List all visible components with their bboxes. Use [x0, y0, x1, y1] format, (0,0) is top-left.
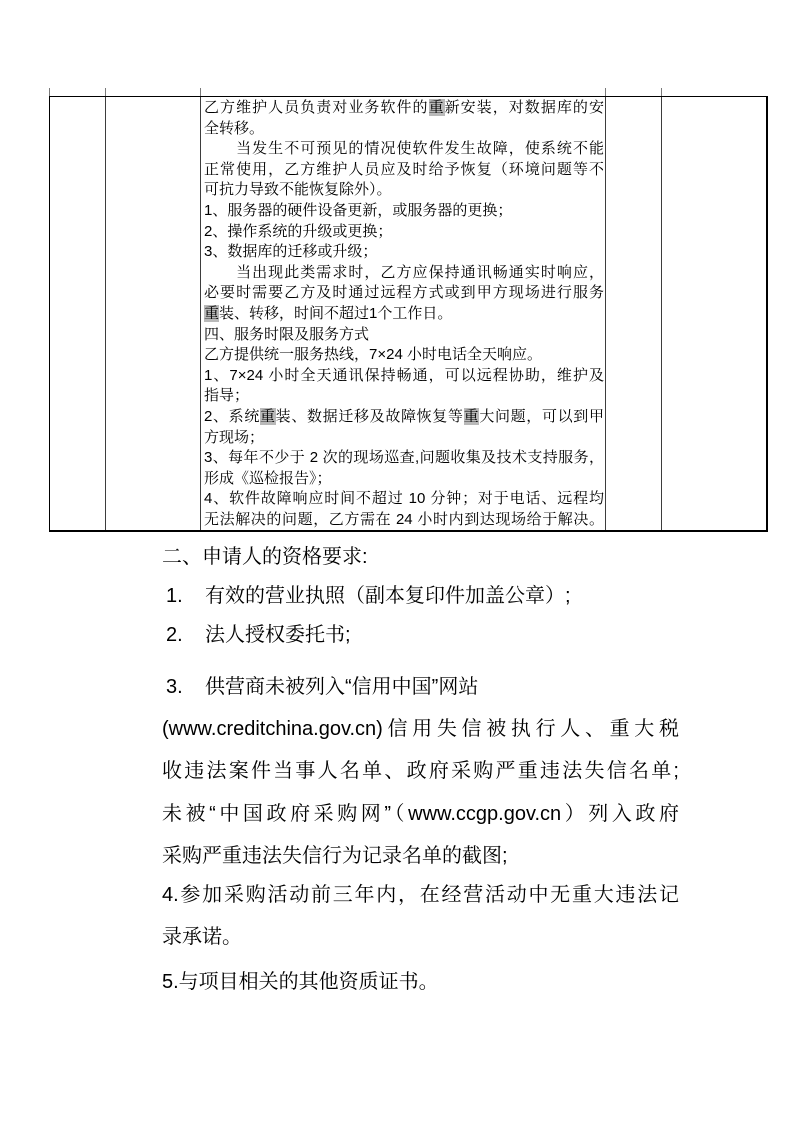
item-number: 2.: [162, 614, 205, 656]
table-text-line: 2、系统重装、数据迁移及故障恢复等重大问题，可以到甲: [202, 407, 606, 428]
table-border-stub: [105, 88, 106, 96]
table-text-line: 3、每年不少于 2 次的现场巡查,问题收集及技术支持服务，: [202, 448, 606, 469]
requirement-line: 收违法案件当事人名单、政府采购严重违法失信名单;: [162, 750, 679, 792]
table-text-line: 重装、转移，时间不超过1个工作日。: [202, 304, 606, 325]
requirement-item: 4.参加采购活动前三年内，在经营活动中无重大违法记录承诺。: [162, 874, 679, 958]
item-number: 1.: [162, 575, 205, 617]
table-text-line: 正常使用，乙方维护人员应及时给予恢复（环境问题等不: [202, 160, 606, 181]
table-column-divider: [105, 97, 106, 530]
table-border-stub: [661, 88, 662, 96]
service-terms-table: 乙方维护人员负责对业务软件的重新安装，对数据库的安全转移。 当发生不可预见的情况…: [49, 96, 768, 532]
table-text-line: 1、7×24 小时全天通讯保持畅通，可以远程协助，维护及: [202, 366, 606, 387]
table-text-line: 当发生不可预见的情况使软件发生故障，使系统不能: [202, 139, 606, 160]
table-border-stub: [605, 88, 606, 96]
item-number: 3.: [162, 666, 205, 708]
table-text-line: 方现场；: [202, 428, 606, 449]
highlighted-char: 重: [464, 408, 480, 425]
table-text-line: 四、服务时限及服务方式: [202, 325, 606, 346]
requirement-line: 采购严重违法失信行为记录名单的截图;: [162, 835, 679, 877]
table-text-line: 乙方维护人员负责对业务软件的重新安装，对数据库的安: [202, 98, 606, 119]
table-column-divider: [661, 97, 662, 530]
table-text-line: 无法解决的问题，乙方需在 24 小时内到达现场给于解决。: [202, 510, 606, 531]
requirement-item: 2.法人授权委托书;: [162, 614, 679, 656]
requirement-line: (www.creditchina.gov.cn)信用失信被执行人、重大税: [162, 708, 679, 750]
table-text-line: 4、软件故障响应时间不超过 10 分钟；对于电话、远程均: [202, 489, 606, 510]
highlighted-char: 重: [260, 408, 276, 425]
table-column-divider: [200, 97, 201, 530]
table-text-line: 全转移。: [202, 119, 606, 140]
requirement-line: 未被“中国政府采购网”（www.ccgp.gov.cn）列入政府: [162, 793, 679, 835]
table-border-stub: [200, 88, 201, 96]
table-text-line: 乙方提供统一服务热线，7×24 小时电话全天响应。: [202, 345, 606, 366]
highlighted-char: 重: [204, 305, 219, 322]
requirement-line: 2.法人授权委托书;: [162, 614, 679, 656]
table-text-line: 1、服务器的硬件设备更新，或服务器的更换；: [202, 201, 606, 222]
table-text-line: 形成《巡检报告》；: [202, 469, 606, 490]
requirement-line: 1.有效的营业执照（副本复印件加盖公章）;: [162, 575, 679, 617]
requirement-item: 3.供营商未被列入“信用中国”网站(www.creditchina.gov.cn…: [162, 666, 679, 877]
table-border-stub: [49, 88, 50, 96]
requirement-item: 5.与项目相关的其他资质证书。: [162, 961, 679, 1003]
highlighted-char: 重: [429, 99, 445, 116]
table-text-line: 2、操作系统的升级或更换；: [202, 222, 606, 243]
table-text-line: 3、数据库的迁移或升级；: [202, 242, 606, 263]
requirement-line: 5.与项目相关的其他资质证书。: [162, 961, 679, 1003]
requirement-line: 4.参加采购活动前三年内，在经营活动中无重大违法记: [162, 874, 679, 916]
table-text-line: 可抗力导致不能恢复除外）。: [202, 180, 606, 201]
table-text-line: 必要时需要乙方及时通过远程方式或到甲方现场进行服务: [202, 283, 606, 304]
requirements-heading: 二、申请人的资格要求:: [162, 536, 682, 578]
table-text-line: 当出现此类需求时，乙方应保持通讯畅通实时响应，: [202, 263, 606, 284]
service-terms-cell: 乙方维护人员负责对业务软件的重新安装，对数据库的安全转移。 当发生不可预见的情况…: [202, 98, 606, 530]
requirement-item: 1.有效的营业执照（副本复印件加盖公章）;: [162, 575, 679, 617]
requirement-line: 录承诺。: [162, 916, 679, 958]
table-text-line: 指导；: [202, 386, 606, 407]
document-page: 乙方维护人员负责对业务软件的重新安装，对数据库的安全转移。 当发生不可预见的情况…: [0, 0, 793, 1121]
requirement-line: 3.供营商未被列入“信用中国”网站: [162, 666, 679, 708]
